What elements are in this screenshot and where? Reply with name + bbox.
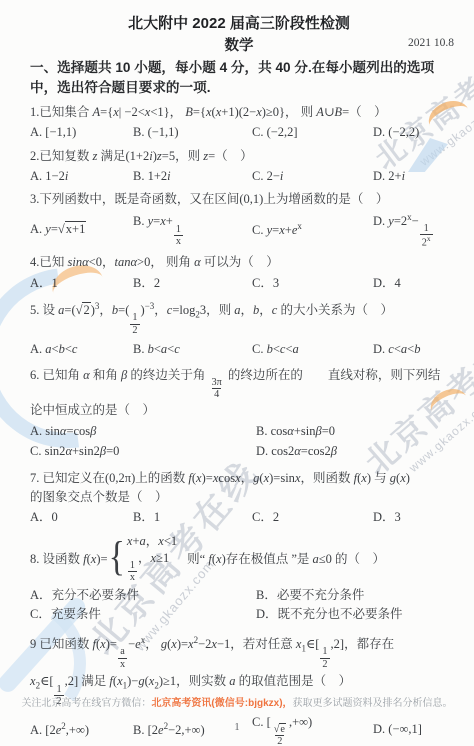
section-intro: 一、选择题共 10 小题，每小题 4 分，共 40 分.在每小题列出的选项中，选… bbox=[30, 58, 448, 99]
question-8-options: A．充分不必要条件 B．必要不充分条件 C．充要条件 D．既不充分也不必要条件 bbox=[30, 586, 448, 625]
question-7-stem-line1: 7. 已知定义在(0,2π)上的函数 f(x)=xcosx，g(x)=sinx，… bbox=[30, 469, 448, 488]
page-number: 1 bbox=[0, 722, 474, 733]
question-8-stem: 8. 设函数 f(x)= { x+a，x<1 1x，x≥1 则“ f(x)存在极… bbox=[30, 533, 448, 584]
page-title: 北大附中 2022 届高三阶段性检测 bbox=[30, 12, 448, 33]
question-2-stem: 2.已知复数 z 满足(1+2i)z=5，则 z=（ ） bbox=[30, 147, 448, 166]
footer-banner: 关注北京高考在线官方微信：北京高考资讯(微信号:bjgkzx)，获取更多试题资料… bbox=[0, 694, 474, 709]
question-4: 4.已知 sinα<0，tanα>0， 则角 α 可以为（ ） A．1 B．2 … bbox=[30, 253, 448, 293]
option-d: D. 2+i bbox=[373, 167, 448, 186]
exam-date: 2021 10.8 bbox=[408, 37, 454, 49]
option-c: C. 2−i bbox=[252, 167, 373, 186]
question-3: 3.下列函数中，既是奇函数，又在区间(0,1)上为增函数的是（ ） A. y=√… bbox=[30, 190, 448, 249]
option-b: B. cosα+sinβ=0 bbox=[256, 422, 448, 441]
question-7: 7. 已知定义在(0,2π)上的函数 f(x)=xcosx，g(x)=sinx，… bbox=[30, 469, 448, 528]
question-2: 2.已知复数 z 满足(1+2i)z=5，则 z=（ ） A. 1−2i B. … bbox=[30, 147, 448, 187]
footer-suffix: 获取更多试题资料及排名分析信息。 bbox=[293, 698, 453, 709]
option-b: B．1 bbox=[133, 508, 252, 527]
question-1-options: A. [−1,1) B. (−1,1) C. (−2,2] D. (−2,2) bbox=[30, 123, 448, 142]
option-c: C. sin2α+sin2β=0 bbox=[30, 442, 256, 461]
option-c: C. y=x+ex bbox=[252, 220, 373, 241]
question-5-stem: 5. 设 a=(√2)3，b=(12)−3，c=log23，则 a，b，c 的大… bbox=[30, 300, 448, 336]
question-7-stem-line2: 的图象交点个数是（ ） bbox=[30, 488, 448, 507]
question-3-stem: 3.下列函数中，既是奇函数，又在区间(0,1)上为增函数的是（ ） bbox=[30, 190, 448, 209]
question-6: 6. 已知角 α 和角 β 的终边关于角 3π4 的终边所在的 直线对称，则下列… bbox=[30, 366, 448, 461]
option-a: A. sinα=cosβ bbox=[30, 422, 256, 441]
option-b: B. 1+2i bbox=[133, 167, 252, 186]
footer-wechat-account: 北京高考资讯(微信号:bjgkzx)， bbox=[151, 698, 292, 709]
option-c: C．2 bbox=[252, 508, 373, 527]
exam-paper-page: 北京高考在线 www.gkaozx.com 北京高考在线 www.gkaozx.… bbox=[0, 0, 474, 746]
option-d: D. (−2,2) bbox=[373, 123, 448, 142]
question-6-stem-line2: 论中恒成立的是（ ） bbox=[30, 401, 448, 420]
question-6-options: A. sinα=cosβ B. cosα+sinβ=0 C. sin2α+sin… bbox=[30, 422, 448, 461]
piecewise-cases: x+a，x<1 1x，x≥1 bbox=[127, 533, 177, 584]
option-a: A. [−1,1) bbox=[30, 123, 133, 142]
piecewise-case-2: 1x，x≥1 bbox=[127, 550, 177, 584]
option-d: D．既不充分也不必要条件 bbox=[256, 605, 448, 624]
option-b: B．必要不充分条件 bbox=[256, 586, 448, 605]
piecewise-case-1: x+a，x<1 bbox=[127, 533, 177, 550]
option-d: D．3 bbox=[373, 508, 448, 527]
option-b: B. (−1,1) bbox=[133, 123, 252, 142]
option-c: C. (−2,2] bbox=[252, 123, 373, 142]
question-8-stem-prefix: 8. 设函数 f(x)= bbox=[30, 549, 108, 567]
subject-label: 数学 bbox=[225, 38, 254, 54]
option-a: A．充分不必要条件 bbox=[30, 586, 256, 605]
footer-prefix: 关注北京高考在线官方微信： bbox=[21, 698, 151, 709]
question-1-stem: 1.已知集合 A={x| −2<x<1}， B={x(x+1)(2−x)≥0}，… bbox=[30, 103, 448, 122]
option-d: D．4 bbox=[373, 274, 448, 293]
option-a: A. 1−2i bbox=[30, 167, 133, 186]
question-8: 8. 设函数 f(x)= { x+a，x<1 1x，x≥1 则“ f(x)存在极… bbox=[30, 533, 448, 624]
question-6-stem-line1: 6. 已知角 α 和角 β 的终边关于角 3π4 的终边所在的 直线对称，则下列… bbox=[30, 366, 448, 401]
question-1: 1.已知集合 A={x| −2<x<1}， B={x(x+1)(2−x)≥0}，… bbox=[30, 103, 448, 143]
option-a: A. y=√x+1 bbox=[30, 220, 133, 239]
question-2-options: A. 1−2i B. 1+2i C. 2−i D. 2+i bbox=[30, 167, 448, 186]
option-c: C．3 bbox=[252, 274, 373, 293]
question-7-options: A．0 B．1 C．2 D．3 bbox=[30, 508, 448, 527]
option-a: A. a<b<c bbox=[30, 340, 133, 359]
document-content: 北大附中 2022 届高三阶段性检测 数学 2021 10.8 一、选择题共 1… bbox=[0, 0, 474, 746]
question-8-stem-suffix: 则“ f(x)存在极值点 ”是 a≤0 的（ ） bbox=[187, 549, 385, 567]
option-a: A．0 bbox=[30, 508, 133, 527]
option-a: A．1 bbox=[30, 274, 133, 293]
option-c: C. b<c<a bbox=[252, 340, 373, 359]
question-5-options: A. a<b<c B. b<a<c C. b<c<a D. c<a<b bbox=[30, 340, 448, 359]
piecewise-brace: { bbox=[109, 535, 125, 581]
subject-row: 数学 2021 10.8 bbox=[30, 34, 448, 55]
question-4-options: A．1 B．2 C．3 D．4 bbox=[30, 274, 448, 293]
option-d: D. cos2α=cos2β bbox=[256, 442, 448, 461]
question-5: 5. 设 a=(√2)3，b=(12)−3，c=log23，则 a，b，c 的大… bbox=[30, 300, 448, 360]
question-4-stem: 4.已知 sinα<0，tanα>0， 则角 α 可以为（ ） bbox=[30, 253, 448, 272]
option-b: B. b<a<c bbox=[133, 340, 252, 359]
question-9-stem-line1: 9 已知函数 f(x)=ax−ex， g(x)=x2−2x−1，若对任意 x1∈… bbox=[30, 632, 448, 670]
option-b: B．2 bbox=[133, 274, 252, 293]
option-d: D. y=2x−12x bbox=[373, 211, 448, 250]
option-d: D. c<a<b bbox=[373, 340, 448, 359]
question-3-options: A. y=√x+1 B. y=x+1x C. y=x+ex D. y=2x−12… bbox=[30, 211, 448, 250]
option-c: C．充要条件 bbox=[30, 605, 256, 624]
option-b: B. y=x+1x bbox=[133, 212, 252, 247]
